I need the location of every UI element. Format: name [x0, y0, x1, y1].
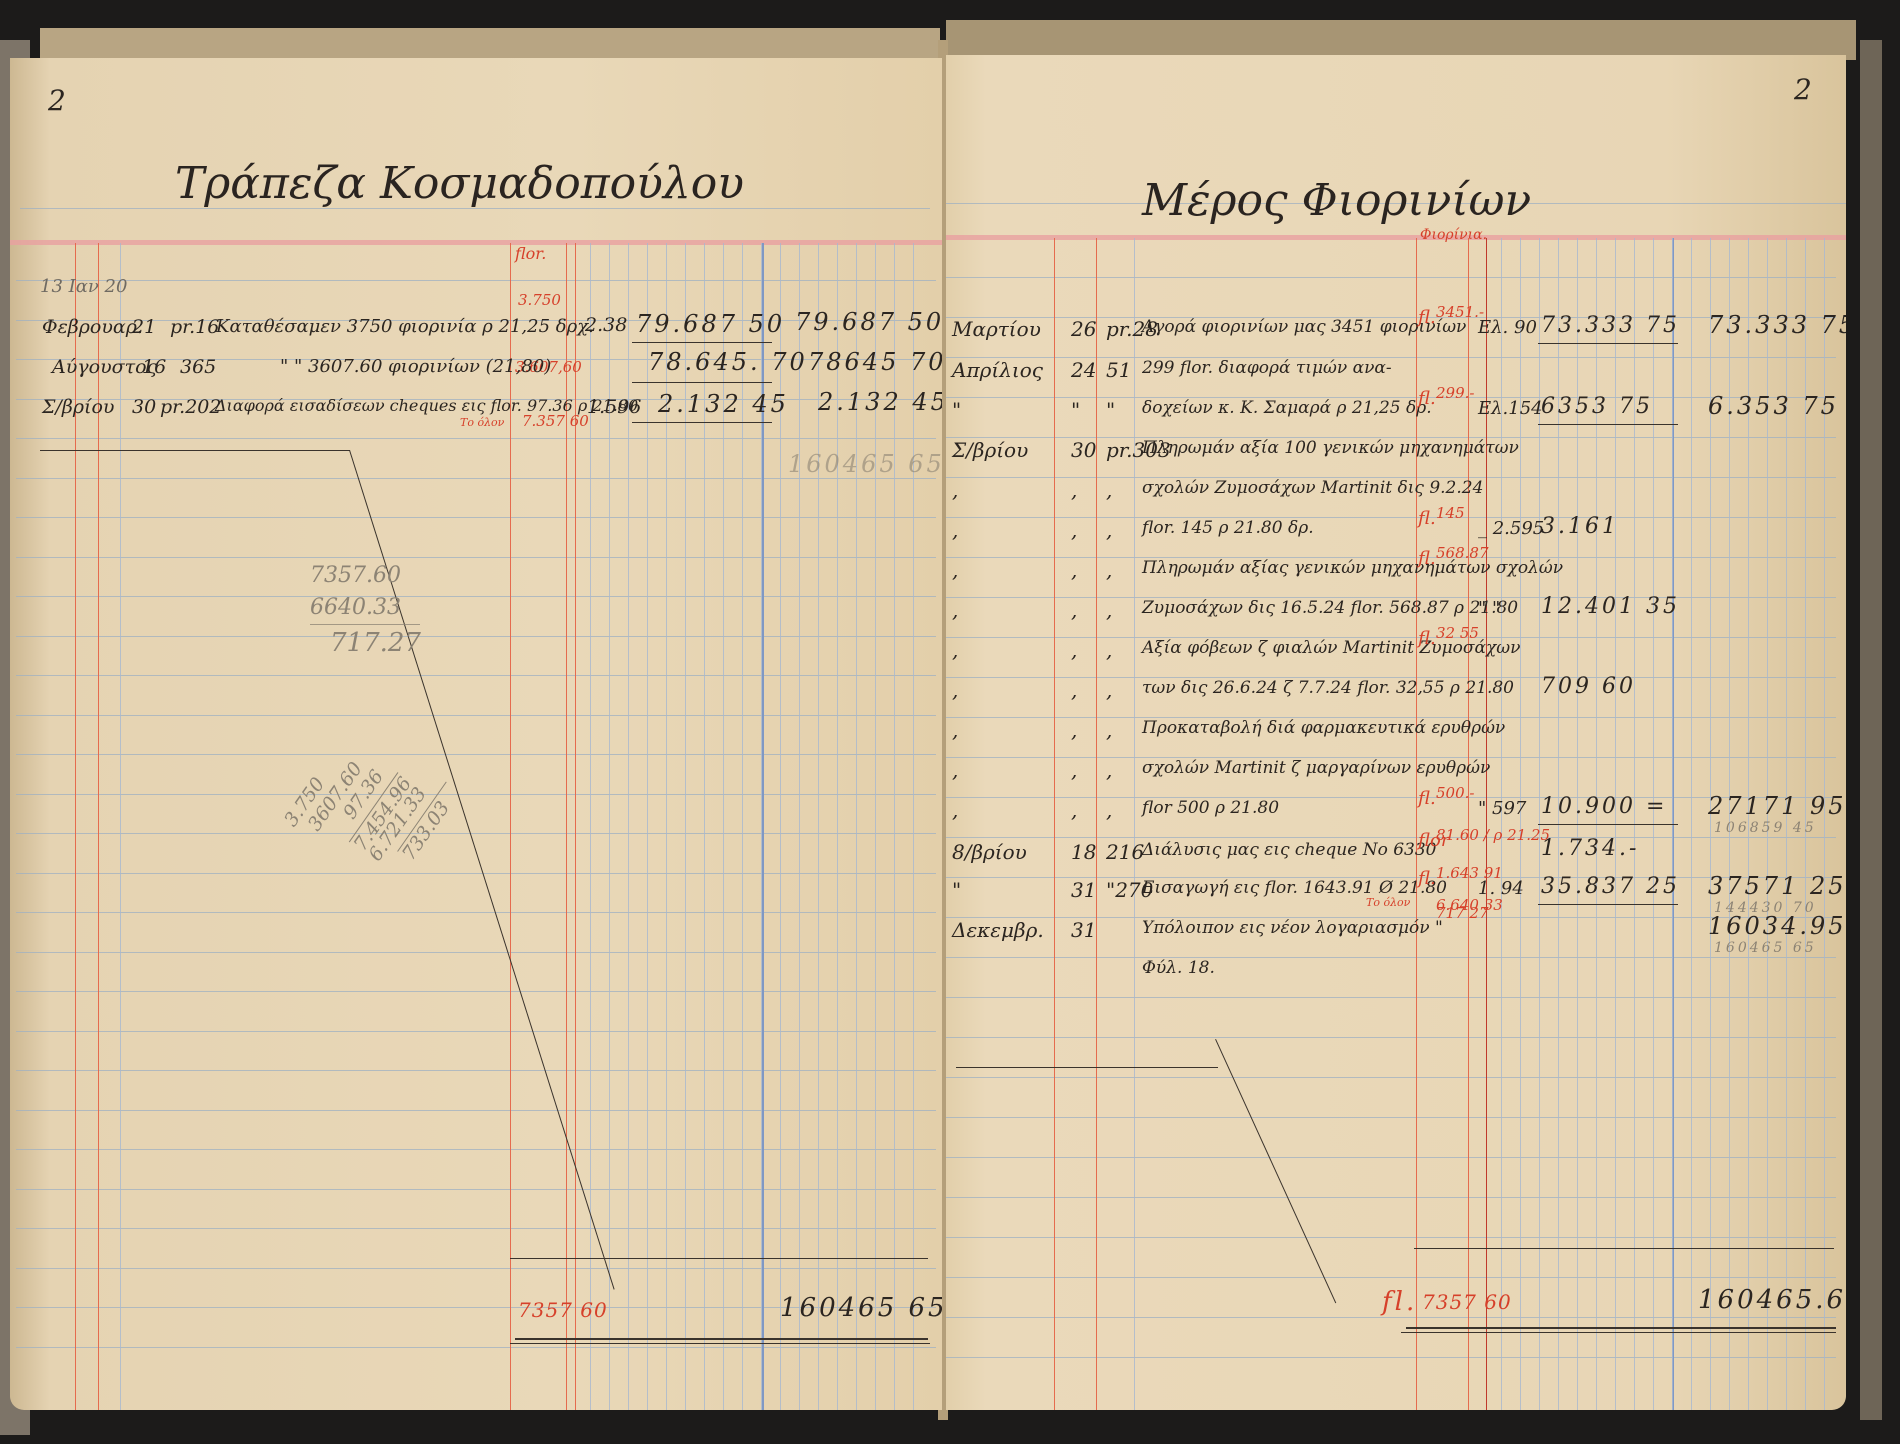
- ruled-line: [16, 991, 936, 992]
- date-column-line: [1054, 238, 1055, 1410]
- ruled-line: [16, 754, 936, 755]
- date-column-line: [75, 243, 76, 1410]
- entry-11-ref: ,: [1106, 718, 1112, 742]
- entry-13-underline: [1538, 824, 1678, 825]
- entry-13-total-pencil: 106859 45: [1714, 820, 1817, 836]
- entry-16-florins: 717 27: [1436, 904, 1489, 922]
- footer-drachmas-total: 160465 65: [780, 1293, 942, 1323]
- column-grid-line: [818, 243, 819, 1410]
- entry-2-description: 299 flor. διαφορά τιμών ανα-: [1142, 358, 1392, 378]
- entry-6-description: flor. 145 ρ 21.80 δρ.: [1142, 518, 1314, 538]
- amount-divider: [762, 243, 764, 1410]
- faint-total: 160465 65: [788, 450, 942, 478]
- entry-17-description: Φύλ. 18.: [1142, 958, 1215, 978]
- ruled-line: [946, 517, 1836, 518]
- entry-7-description: Πληρωμάν αξίας γενικών μηχανημάτων σχολώ…: [1142, 558, 1563, 578]
- entry-8-rate-note: " ": [1478, 598, 1500, 619]
- entry-3-total: 2.132 45: [818, 388, 942, 416]
- entry-13-florins-prefix: fl.: [1418, 788, 1436, 809]
- column-grid-line: [723, 243, 724, 1410]
- entry-3-rate: 1.596: [587, 396, 641, 418]
- footer-florins-total: 7357 60: [1422, 1290, 1512, 1314]
- entry-10-description: των δις 26.6.24 ζ 7.7.24 flor. 32,55 ρ 2…: [1142, 678, 1514, 698]
- ruled-line: [946, 837, 1836, 838]
- entry-5-day: ,: [1071, 478, 1077, 502]
- entry-16-month: Δεκεμβρ.: [952, 918, 1044, 942]
- entry-2-underline: [632, 382, 772, 383]
- column-grid-line: [685, 243, 686, 1410]
- ruled-line: [16, 1347, 936, 1348]
- entry-7-florins: 568.87: [1436, 544, 1489, 562]
- entry-10-ref: ,: [1106, 678, 1112, 702]
- column-grid-line: [913, 243, 914, 1410]
- entry-13-rate-note: " 597: [1478, 798, 1526, 819]
- entry-13-month: ,: [952, 798, 958, 822]
- pencil-calc-line-1: 7357.60: [310, 563, 401, 588]
- entry-13-florins: 500.-: [1436, 784, 1474, 802]
- entry-2-day: 16: [142, 356, 166, 378]
- page-number: 2: [1794, 73, 1812, 106]
- entry-16-day: 31: [1071, 918, 1096, 942]
- ruled-line: [946, 1037, 1836, 1038]
- entry-16-total-pencil: 160465 65: [1714, 940, 1817, 956]
- entry-8-ref: ,: [1106, 598, 1112, 622]
- entry-11-day: ,: [1071, 718, 1077, 742]
- entry-13-amount-drachmas: 10.900 =: [1541, 794, 1667, 819]
- ruled-line: [16, 794, 936, 795]
- footer-rule-double-1: [1406, 1327, 1836, 1329]
- entry-7-florins-prefix: fl.: [1418, 548, 1436, 569]
- entry-1-ref: pr.16: [170, 316, 219, 338]
- column-grid-line: [609, 243, 610, 1410]
- entry-1-florins-prefix: fl.: [1418, 307, 1436, 328]
- entry-14-description: Διάλυσις μας εις cheque No 6330: [1142, 840, 1437, 860]
- ruled-line: [946, 997, 1836, 998]
- ruled-line: [946, 957, 1836, 958]
- column-grid-line: [704, 243, 705, 1410]
- footer-rule-top: [1414, 1248, 1834, 1249]
- entry-15-month: ": [952, 878, 961, 902]
- page-number: 2: [48, 84, 66, 117]
- page-edge-top-left: [40, 28, 940, 62]
- entry-15-day: 31: [1071, 878, 1096, 902]
- entry-9-month: ,: [952, 638, 958, 662]
- entry-1-month: Φεβρουαρ.: [42, 316, 143, 338]
- column-grid-line: [590, 243, 591, 1410]
- ruled-line: [16, 517, 936, 518]
- ruled-line: [946, 1277, 1836, 1278]
- entry-6-amount-drachmas: 3.161: [1541, 514, 1619, 539]
- entry-15-florins-note: Το όλον: [1366, 896, 1410, 909]
- ruled-line: [16, 1149, 936, 1150]
- entry-2-day: 24: [1071, 358, 1096, 382]
- entry-14-ref: 216: [1106, 840, 1144, 864]
- entry-3-ref: pr.202: [160, 396, 221, 418]
- ruled-line: [16, 438, 936, 439]
- entry-1-amount: 79.687 50: [636, 310, 785, 338]
- ruled-line: [946, 277, 1836, 278]
- entry-3-total: 6.353 75: [1708, 392, 1839, 420]
- entry-3-day: 30: [132, 396, 156, 418]
- ruled-line: [946, 1237, 1836, 1238]
- entry-16-total: 16034.95: [1708, 912, 1846, 940]
- entry-6-rate-note: _ 2.595: [1478, 518, 1544, 539]
- entry-1-amount-drachmas: 73.333 75: [1541, 313, 1680, 338]
- column-grid-line: [799, 243, 800, 1410]
- day-column-line: [1096, 238, 1097, 1410]
- entry-3-month: ": [952, 398, 961, 422]
- ruled-line: [16, 675, 936, 676]
- ruled-line: [946, 797, 1836, 798]
- ruled-line: [946, 1157, 1836, 1158]
- entry-7-ref: ,: [1106, 558, 1112, 582]
- entry-1-florins: 3451.-: [1436, 303, 1484, 321]
- footer-florins-total: 7357 60: [518, 1298, 608, 1322]
- entry-15-rate-note: 1. 94: [1478, 878, 1524, 899]
- ruled-line: [946, 1357, 1836, 1358]
- entry-15-underline: [1538, 904, 1678, 905]
- entry-3-florins: 7.357 60: [522, 412, 589, 430]
- ruled-line: [16, 1189, 936, 1190]
- entry-1-total: 79.687 50: [795, 308, 942, 336]
- entry-9-florins-prefix: fl.: [1418, 628, 1436, 649]
- entry-1-underline: [1538, 343, 1678, 344]
- entry-1-florins: 3.750: [518, 291, 561, 309]
- pencil-calc-line-2: 6640.33: [310, 595, 401, 620]
- ruled-line: [16, 833, 936, 834]
- entry-11-description: Προκαταβολή διά φαρμακευτικά ερυθρών: [1142, 718, 1505, 738]
- entry-15-description: Εισαγωγή εις flor. 1643.91 Ø 21.80: [1142, 878, 1447, 898]
- pencil-calc-rule: [310, 624, 420, 625]
- ruled-line: [16, 280, 936, 281]
- entry-5-ref: ,: [1106, 478, 1112, 502]
- entry-13-total: 27171 95: [1708, 792, 1846, 820]
- column-grid-line: [628, 243, 629, 1410]
- column-grid-line: [647, 243, 648, 1410]
- entry-4-month: Σ/βρίου: [952, 438, 1028, 462]
- ruled-line: [946, 1317, 1836, 1318]
- column-grid-line: [742, 243, 743, 1410]
- entry-2-description: " " 3607.60 φιορινίων (21,80): [280, 356, 551, 377]
- ruled-line: [16, 912, 936, 913]
- entry-3-florins: 299.-: [1436, 384, 1474, 402]
- column-grid-line: [666, 243, 667, 1410]
- entry-15-florins-prefix: fl.: [1418, 868, 1436, 889]
- entry-2-total: 78645 70: [808, 348, 942, 376]
- column-grid-line: [856, 243, 857, 1410]
- entry-1-rate: 2.38: [585, 314, 627, 336]
- ref-column-line: [1134, 238, 1135, 1410]
- entry-3-rate-note: Ελ.154: [1478, 398, 1543, 419]
- footer-rule-top: [510, 1258, 928, 1259]
- entry-2-amount: 78.645. 70: [648, 348, 808, 376]
- entry-1-rate-note: Ελ. 90: [1478, 317, 1537, 338]
- footer-drachmas-total: 160465.65: [1698, 1285, 1846, 1315]
- ledger-cover-right: [1860, 40, 1882, 1420]
- entry-3-amount-drachmas: 6353 75: [1541, 394, 1653, 419]
- entry-11-month: ,: [952, 718, 958, 742]
- page-title: Τράπεζα Κοσμαδοπούλου: [175, 158, 744, 209]
- entry-3-ref: ": [1106, 398, 1115, 422]
- header-rule: [10, 240, 942, 245]
- florins-column-right: [1468, 238, 1469, 1410]
- entry-1-day: 21: [132, 316, 156, 338]
- entry-7-day: ,: [1071, 558, 1077, 582]
- pencil-calc-result: 717.27: [330, 628, 421, 658]
- entry-3-amount: 2.132 45: [658, 390, 789, 418]
- column-grid-line: [894, 243, 895, 1410]
- entry-2-ref: 51: [1106, 358, 1131, 382]
- entry-9-ref: ,: [1106, 638, 1112, 662]
- footer-rule-double-1: [515, 1338, 928, 1340]
- footer-rule-double-2: [1401, 1332, 1836, 1333]
- entry-14-day: 18: [1071, 840, 1096, 864]
- column-grid-line: [761, 243, 762, 1410]
- entry-16-description: Υπόλοιπον εις νέον λογαριασμόν ": [1142, 918, 1443, 938]
- ruled-line: [16, 1268, 936, 1269]
- ruled-line: [16, 1228, 936, 1229]
- entry-13-ref: ,: [1106, 798, 1112, 822]
- entry-10-month: ,: [952, 678, 958, 702]
- entry-7-month: ,: [952, 558, 958, 582]
- entry-1-underline: [632, 342, 772, 343]
- ruled-line: [16, 952, 936, 953]
- entry-3-description: δοχείων κ. Κ. Σαμαρά ρ 21,25 δρ.: [1142, 398, 1432, 418]
- entry-5-month: ,: [952, 478, 958, 502]
- ruled-line: [946, 1197, 1836, 1198]
- entry-10-amount-drachmas: 709 60: [1541, 674, 1636, 699]
- entry-4-day: 30: [1071, 438, 1096, 462]
- entry-3-florins-note: Το όλον: [460, 416, 504, 429]
- entry-9-florins: 32 55: [1436, 624, 1479, 642]
- entry-12-day: ,: [1071, 758, 1077, 782]
- entry-3-month: Σ/βρίου: [42, 396, 114, 418]
- entry-6-ref: ,: [1106, 518, 1112, 542]
- entry-8-day: ,: [1071, 598, 1077, 622]
- column-grid-line: [875, 243, 876, 1410]
- page-edge-top-right: [946, 20, 1856, 60]
- entry-6-day: ,: [1071, 518, 1077, 542]
- ruled-line: [16, 1110, 936, 1111]
- entry-12-description: σχολών Martinit ζ μαργαρίνων ερυθρών: [1142, 758, 1490, 778]
- entry-3-underline: [632, 422, 772, 423]
- ruled-line: [16, 636, 936, 637]
- ruled-line: [16, 1070, 936, 1071]
- entry-15-total: 37571 25: [1708, 872, 1846, 900]
- entry-1-day: 26: [1071, 317, 1096, 341]
- entry-6-florins-prefix: fl.: [1418, 508, 1436, 529]
- footer-rule-double-2: [510, 1343, 930, 1344]
- ruled-line: [946, 1077, 1836, 1078]
- entry-3-underline: [1538, 424, 1678, 425]
- cancellation-stroke: [1215, 1039, 1336, 1303]
- entry-8-amount-drachmas: 12.401 35: [1541, 594, 1680, 619]
- day-column-line: [98, 243, 99, 1410]
- entry-5-description: σχολών Ζυμοσάχων Martinit δις 9.2.24: [1142, 478, 1483, 498]
- entry-13-day: ,: [1071, 798, 1077, 822]
- entry-2-ref: 365: [180, 356, 216, 378]
- ruled-line: [16, 557, 936, 558]
- florins-column-left: [510, 243, 511, 1410]
- entry-3-day: ": [1071, 398, 1080, 422]
- entry-1-month: Μαρτίου: [952, 317, 1041, 341]
- column-grid-line: [1691, 238, 1692, 1410]
- entry-4-description: Πληρωμάν αξία 100 γενικών μηχανημάτων: [1142, 438, 1519, 458]
- entry-14-florins: 81.60 / ρ 21.25: [1436, 826, 1550, 844]
- florins-column-header: flor.: [515, 244, 546, 263]
- closing-rule-left: [956, 1067, 1218, 1068]
- entry-6-month: ,: [952, 518, 958, 542]
- entry-8-description: Ζυμοσάχων δις 16.5.24 flor. 568.87 ρ 21.…: [1142, 598, 1518, 618]
- ruled-line: [16, 715, 936, 716]
- header-rule: [946, 235, 1846, 240]
- ref-column-line: [120, 243, 121, 1410]
- entry-1-total: 73.333 75: [1708, 311, 1846, 339]
- florins-column-header: Φιορίνια.: [1420, 227, 1487, 243]
- entry-6-florins: 145: [1436, 504, 1465, 522]
- left-ledger-page: 2 Τράπεζα Κοσμαδοπούλου flor. 13 Ιαν 20 …: [10, 58, 942, 1410]
- entry-10-day: ,: [1071, 678, 1077, 702]
- entry-15-amount-drachmas: 35.837 25: [1541, 874, 1680, 899]
- entry-3-florins-prefix: fl.: [1418, 388, 1436, 409]
- entry-12-ref: ,: [1106, 758, 1112, 782]
- ruled-line: [16, 596, 936, 597]
- entry-2-month: Απρίλιος: [952, 358, 1043, 382]
- column-grid-line: [837, 243, 838, 1410]
- ruled-line: [16, 1031, 936, 1032]
- pencil-note: 13 Ιαν 20: [40, 276, 127, 297]
- entry-14-amount-drachmas: 1.734.-: [1541, 836, 1639, 861]
- closing-rule-left: [40, 450, 350, 451]
- ruled-line: [16, 873, 936, 874]
- page-title: Μέρος Φιορινίων: [1142, 175, 1531, 226]
- right-ledger-page: 2 Μέρος Φιορινίων Φιορίνια. Μαρτίου26pr.…: [946, 55, 1846, 1410]
- footer-florins-prefix: fl.: [1382, 1287, 1417, 1317]
- entry-13-description: flor 500 ρ 21.80: [1142, 798, 1279, 818]
- entry-9-day: ,: [1071, 638, 1077, 662]
- entry-14-month: 8/βρίου: [952, 840, 1027, 864]
- entry-8-month: ,: [952, 598, 958, 622]
- column-grid-line: [780, 243, 781, 1410]
- entry-12-month: ,: [952, 758, 958, 782]
- entry-1-description: Καταθέσαμεν 3750 φιορινία ρ 21,25 δρχ.: [216, 316, 594, 337]
- ruled-line: [946, 1117, 1836, 1118]
